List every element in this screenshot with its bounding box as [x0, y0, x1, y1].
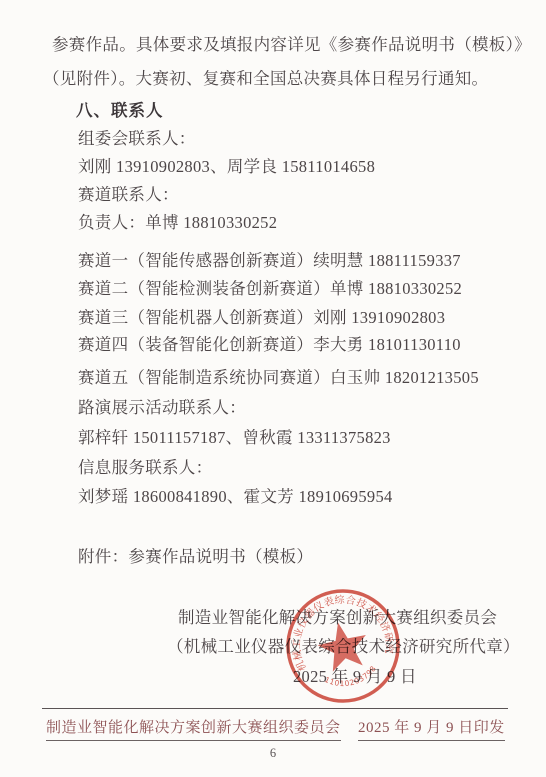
seal-graphic: 机械工业仪器仪表综合技术经济研究所 1101020379861 [272, 575, 414, 717]
footer-issuer: 制造业智能化解决方案创新大赛组织委员会 [46, 716, 341, 741]
footer-print-date: 2025 年 9 月 9 日印发 [358, 716, 505, 741]
contact-line: 赛道二（智能检测装备创新赛道）单博 18810330252 [78, 278, 462, 300]
star-icon [314, 617, 372, 673]
contact-line: 赛道联系人： [78, 184, 179, 206]
contact-line: 负责人：单博 18810330252 [78, 212, 277, 234]
contact-line: 赛道四（装备智能化创新赛道）李大勇 18101130110 [78, 334, 461, 356]
contact-line: 赛道一（智能传感器创新赛道）续明慧 18811159337 [78, 250, 461, 272]
page-number: 6 [0, 746, 546, 761]
contact-line: 赛道五（智能制造系统协同赛道）白玉帅 18201213505 [78, 367, 479, 389]
body-text-line: 参赛作品。具体要求及填报内容详见《参赛作品说明书（模板）》 [52, 34, 531, 56]
contact-line: 刘刚 13910902803、周学良 15811014658 [78, 156, 375, 178]
section-heading: 八、联系人 [76, 100, 164, 122]
document-page: 参赛作品。具体要求及填报内容详见《参赛作品说明书（模板）》 （见附件）。大赛初、… [0, 0, 546, 777]
body-text-line: （见附件）。大赛初、复赛和全国总决赛具体日程另行通知。 [43, 68, 488, 90]
official-seal: 机械工业仪器仪表综合技术经济研究所 1101020379861 [272, 575, 414, 717]
contact-line: 郭梓轩 15011157187、曾秋霞 13311375823 [78, 427, 391, 449]
footer-divider [42, 708, 508, 709]
contact-line: 信息服务联系人： [78, 457, 212, 479]
contact-line: 路演展示活动联系人： [78, 397, 246, 419]
contact-line: 刘梦瑶 18600841890、霍文芳 18910695954 [78, 486, 393, 508]
contact-line: 赛道三（智能机器人创新赛道）刘刚 13910902803 [78, 307, 445, 329]
contact-line: 组委会联系人： [78, 128, 196, 150]
attachment-line: 附件：参赛作品说明书（模板） [78, 546, 313, 568]
